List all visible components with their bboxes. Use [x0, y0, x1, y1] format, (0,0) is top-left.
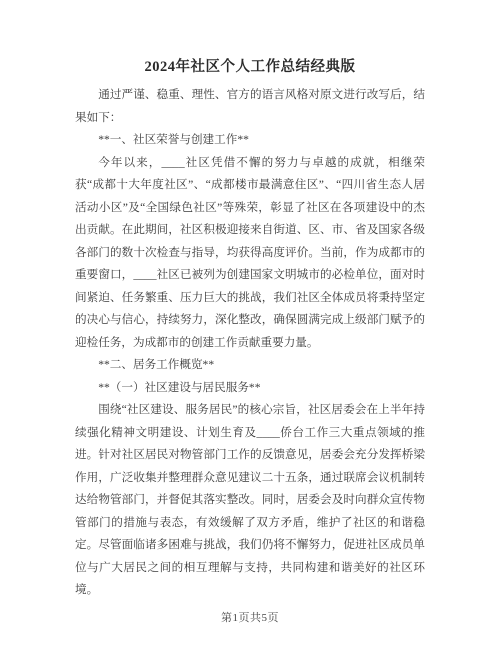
section-heading-community-service: **（一）社区建设与居民服务** [75, 377, 425, 400]
page-footer: 第1页共5页 [0, 609, 500, 625]
paragraph-community-service-body: 围绕“社区建设、服务居民”的核心宗旨，社区居委会在上半年持续强化精神文明建设、计… [75, 399, 425, 602]
document-title: 2024年社区个人工作总结经典版 [0, 55, 500, 76]
section-heading-residence-work: **二、居务工作概览** [75, 354, 425, 377]
page-number-indicator: 第1页共5页 [221, 612, 279, 624]
paragraph-honors-body: 今年以来，____社区凭借不懈的努力与卓越的成就，相继荣获“成都十大年度社区”、… [75, 152, 425, 355]
document-page: 2024年社区个人工作总结经典版 通过严谨、稳重、理性、官方的语言风格对原文进行… [0, 0, 500, 647]
document-body: 通过严谨、稳重、理性、官方的语言风格对原文进行改写后，结果如下： **一、社区荣… [75, 84, 425, 602]
section-heading-honors: **一、社区荣誉与创建工作** [75, 129, 425, 152]
paragraph-intro: 通过严谨、稳重、理性、官方的语言风格对原文进行改写后，结果如下： [75, 84, 425, 129]
